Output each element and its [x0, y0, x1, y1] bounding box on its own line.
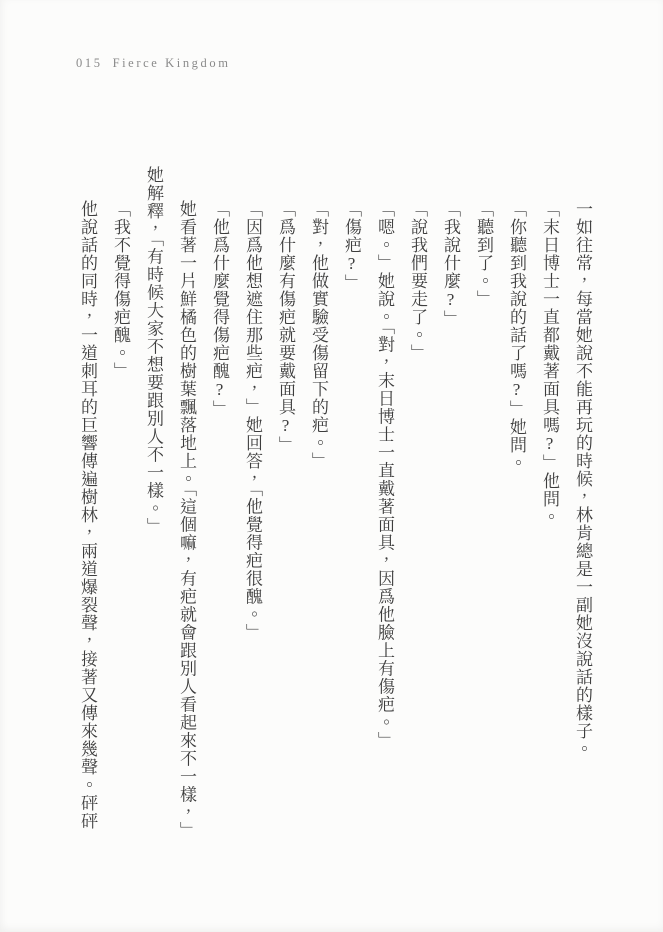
- paragraph: 他說話的同時，一道刺耳的巨響傳遍樹林，兩道爆裂聲，接著又傳來幾聲。砰砰: [71, 166, 104, 854]
- book-title: Fierce Kingdom: [113, 56, 231, 70]
- paragraph: 「傷疤?」: [335, 166, 368, 854]
- vertical-text-block: 一如往常，每當她說不能再玩的時候，林肯總是一副她沒說話的樣子。「末日博士一直都戴…: [71, 166, 599, 854]
- paragraph: 她看著一片鮮橘色的樹葉飄落地上。「這個嘛，有疤就會跟別人看起來不一樣，」她解釋，…: [137, 166, 203, 854]
- paragraph: 「嗯。」她說。「對，末日博士一直戴著面具，因爲他臉上有傷疤。」: [368, 166, 401, 854]
- running-head: 015Fierce Kingdom: [76, 56, 231, 71]
- paragraph: 「我說什麼?」: [434, 166, 467, 854]
- paragraph: 「爲什麼有傷疤就要戴面具?」: [269, 166, 302, 854]
- paragraph: 「末日博士一直都戴著面具嗎?」他問。: [533, 166, 566, 854]
- page-number: 015: [76, 56, 103, 70]
- paragraph: 一如往常，每當她說不能再玩的時候，林肯總是一副她沒說話的樣子。: [566, 166, 599, 854]
- paragraph: 「他爲什麼覺得傷疤醜?」: [203, 166, 236, 854]
- paragraph: 「你聽到我說的話了嗎?」她問。: [500, 166, 533, 854]
- paragraph: 「我不覺得傷疤醜。」: [104, 166, 137, 854]
- paragraph: 「聽到了。」: [467, 166, 500, 854]
- paragraph: 「說我們要走了。」: [401, 166, 434, 854]
- paragraph: 「對，他做實驗受傷留下的疤。」: [302, 166, 335, 854]
- book-page: 015Fierce Kingdom 一如往常，每當她說不能再玩的時候，林肯總是一…: [0, 0, 663, 932]
- paragraph: 「因爲他想遮住那些疤，」她回答，「他覺得疤很醜。」: [236, 166, 269, 854]
